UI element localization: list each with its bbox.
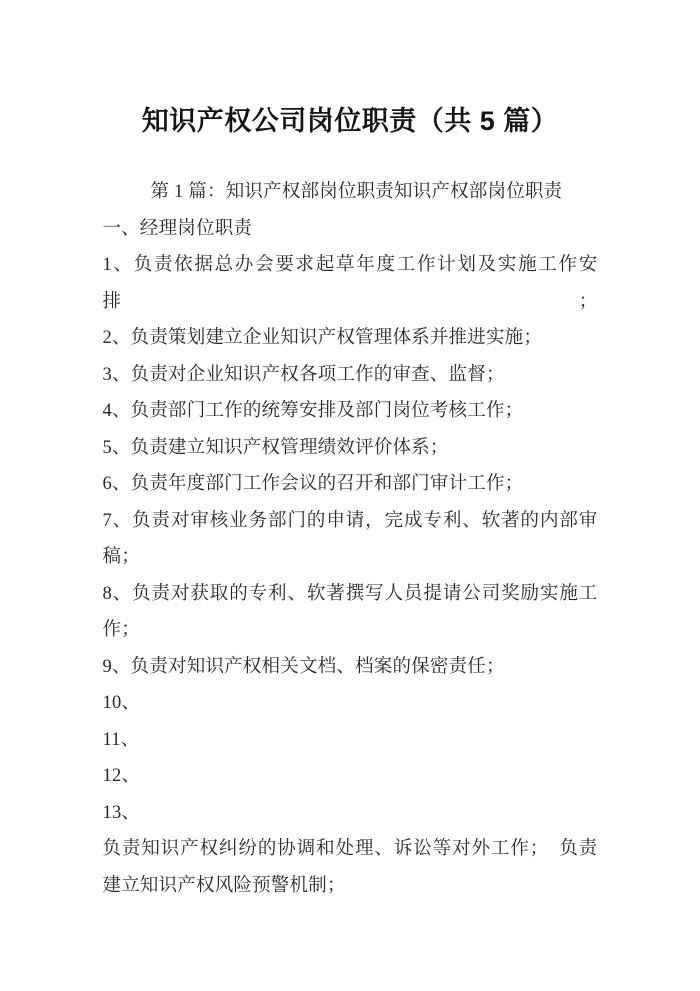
- document-line: 稿；: [103, 539, 598, 576]
- document-line: 13、: [103, 795, 598, 832]
- document-line: 1、负责依据总办会要求起草年度工作计划及实施工作安排；: [103, 247, 598, 284]
- document-line: 3、负责对企业知识产权各项工作的审查、监督；: [103, 357, 598, 394]
- document-line: 5、负责建立知识产权管理绩效评价体系；: [103, 430, 598, 467]
- document-line: 9、负责对知识产权相关文档、档案的保密责任；: [103, 649, 598, 686]
- document-page: 知识产权公司岗位职责（共 5 篇） 第 1 篇：知识产权部岗位职责知识产权部岗位…: [0, 0, 700, 991]
- document-line: 8、负责对获取的专利、软著撰写人员提请公司奖励实施工: [103, 576, 598, 613]
- document-line: 4、负责部门工作的统筹安排及部门岗位考核工作；: [103, 393, 598, 430]
- document-line: 第 1 篇：知识产权部岗位职责知识产权部岗位职责: [103, 174, 598, 211]
- document-line: 作；: [103, 612, 598, 649]
- document-line: 12、: [103, 758, 598, 795]
- document-body: 第 1 篇：知识产权部岗位职责知识产权部岗位职责一、经理岗位职责1、负责依据总办…: [103, 174, 598, 904]
- document-title: 知识产权公司岗位职责（共 5 篇）: [0, 102, 700, 140]
- document-line: 10、: [103, 685, 598, 722]
- document-line: 建立知识产权风险预警机制；: [103, 868, 598, 905]
- document-line: 7、负责对审核业务部门的申请，完成专利、软著的内部审: [103, 503, 598, 540]
- document-line: 2、负责策划建立企业知识产权管理体系并推进实施；: [103, 320, 598, 357]
- document-line: 一、经理岗位职责: [103, 211, 598, 248]
- document-line: 负责知识产权纠纷的协调和处理、诉讼等对外工作； 负责: [103, 831, 598, 868]
- document-line: 11、: [103, 722, 598, 759]
- document-line: 6、负责年度部门工作会议的召开和部门审计工作；: [103, 466, 598, 503]
